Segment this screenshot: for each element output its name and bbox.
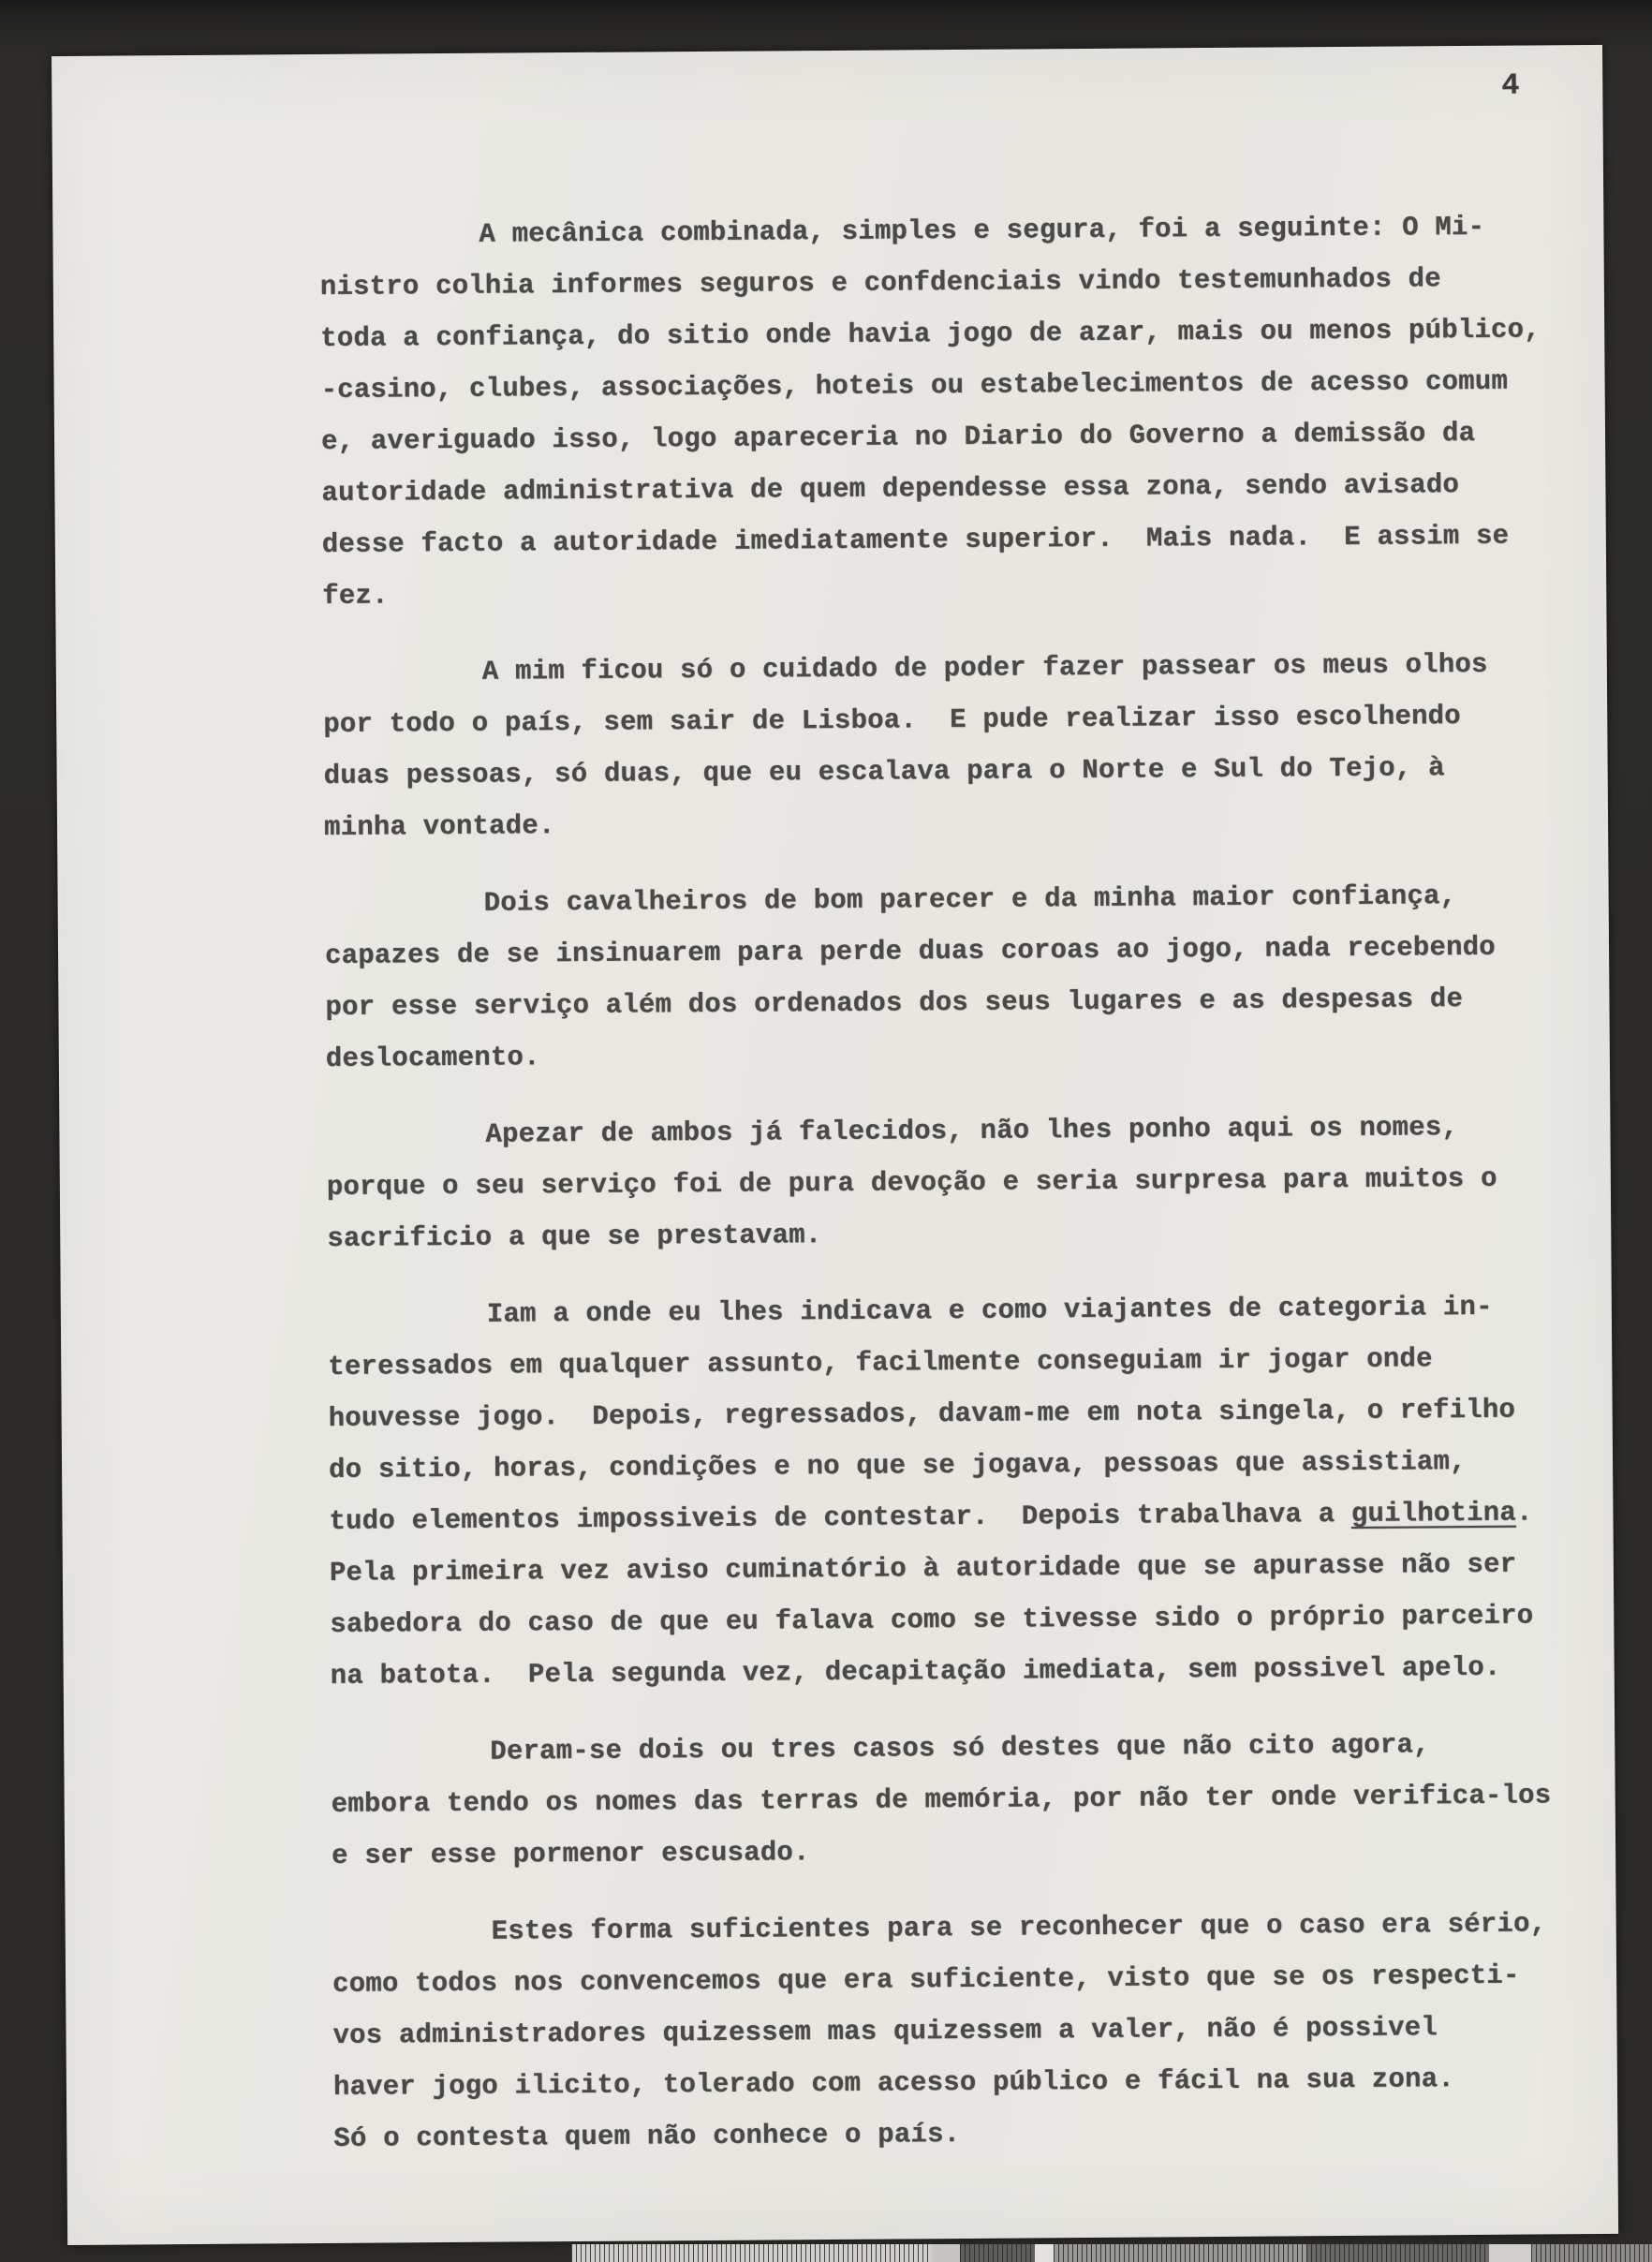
- text-line: tudo elementos impossiveis de contestar.…: [329, 1486, 1565, 1547]
- text-line: desse facto a autoridade imediatamente s…: [322, 510, 1558, 570]
- text-line: e ser esse pormenor escusado.: [332, 1821, 1568, 1882]
- text-line: nistro colhia informes seguros e confden…: [320, 252, 1556, 313]
- text-line: Apezar de ambos já falecidos, não lhes p…: [326, 1101, 1562, 1161]
- text-line: autoridade administrativa de quem depend…: [321, 458, 1557, 519]
- text-line: -casino, clubes, associações, hoteis ou …: [320, 355, 1556, 416]
- text-line: Pela primeira vez aviso cuminatório à au…: [330, 1538, 1566, 1599]
- ruler-segment: [1035, 2244, 1054, 2262]
- text-line: e, averiguado isso, logo apareceria no D…: [321, 407, 1557, 467]
- underlined-word: guilhotina: [1351, 1498, 1516, 1530]
- scan-ruler: [0, 2244, 1652, 2262]
- paragraph: Dois cavalheiros de bom parecer e da min…: [324, 869, 1562, 1085]
- text-line: Estes forma suficientes para se reconhec…: [332, 1898, 1569, 1959]
- text-line: A mim ficou só o cuidado de poder fazer …: [323, 638, 1559, 699]
- text-line: duas pessoas, só duas, que eu escalava p…: [323, 741, 1559, 802]
- paragraph: A mim ficou só o cuidado de poder fazer …: [323, 638, 1561, 853]
- paper-sheet: 4 A mecânica combinada, simples e segura…: [52, 45, 1618, 2245]
- text-line: Deram-se dois ou tres casos só destes qu…: [331, 1718, 1567, 1779]
- text-line: sacrificio a que se prestavam.: [327, 1204, 1563, 1264]
- text-line: na batota. Pela segunda vez, decapitação…: [331, 1641, 1567, 1702]
- text-line: toda a confiança, do sitio onde havia jo…: [320, 303, 1556, 364]
- ruler-segment: [960, 2244, 1035, 2262]
- text-line: minha vontade.: [324, 792, 1560, 853]
- scan-background: 4 A mecânica combinada, simples e segura…: [0, 0, 1652, 2262]
- text-line: capazes de se insinuarem para perde duas…: [325, 921, 1561, 982]
- paragraph: Deram-se dois ou tres casos só destes qu…: [331, 1718, 1568, 1882]
- text-line: Iam a onde eu lhes indicava e como viaja…: [328, 1280, 1564, 1341]
- ruler-segment: [1054, 2244, 1306, 2262]
- text-line: A mecânica combinada, simples e segura, …: [319, 200, 1556, 261]
- text-line: como todos nos convencemos que era sufic…: [332, 1949, 1569, 2010]
- text-line: fez.: [322, 561, 1558, 622]
- text-line: porque o seu serviço foi de pura devoção…: [327, 1152, 1563, 1213]
- ruler-segment: [571, 2244, 932, 2262]
- text-line: haver jogo ilicito, tolerado com acesso …: [333, 2052, 1570, 2113]
- text-line: houvesse jogo. Depois, regressados, dava…: [328, 1383, 1564, 1444]
- ruler-segment: [1306, 2244, 1489, 2262]
- text-line: deslocamento.: [326, 1024, 1562, 1085]
- document-text: A mecânica combinada, simples e segura, …: [319, 200, 1570, 2190]
- text-line: por todo o país, sem sair de Lisboa. E p…: [323, 689, 1559, 750]
- page-number: 4: [1501, 68, 1519, 103]
- ruler-segment: [1489, 2244, 1531, 2262]
- paragraph: Apezar de ambos já falecidos, não lhes p…: [326, 1101, 1563, 1264]
- ruler-segment: [932, 2244, 960, 2262]
- paragraph: A mecânica combinada, simples e segura, …: [319, 200, 1558, 622]
- text-line: do sitio, horas, condições e no que se j…: [329, 1435, 1565, 1496]
- ruler-segment: [1531, 2244, 1652, 2262]
- paragraph: Iam a onde eu lhes indicava e como viaja…: [328, 1280, 1567, 1702]
- text-line: Só o contesta quem não conhece o país.: [333, 2104, 1570, 2165]
- text-line: por esse serviço além dos ordenados dos …: [325, 972, 1561, 1033]
- text-line: teressados em qualquer assunto, facilmen…: [328, 1332, 1564, 1393]
- paragraph: Estes forma suficientes para se reconhec…: [332, 1898, 1571, 2165]
- text-line: sabedora do caso de que eu falava como s…: [330, 1589, 1566, 1650]
- text-line: Dois cavalheiros de bom parecer e da min…: [324, 869, 1560, 930]
- text-line: embora tendo os nomes das terras de memó…: [332, 1769, 1568, 1830]
- text-line: vos administradores quizessem mas quizes…: [332, 2001, 1569, 2062]
